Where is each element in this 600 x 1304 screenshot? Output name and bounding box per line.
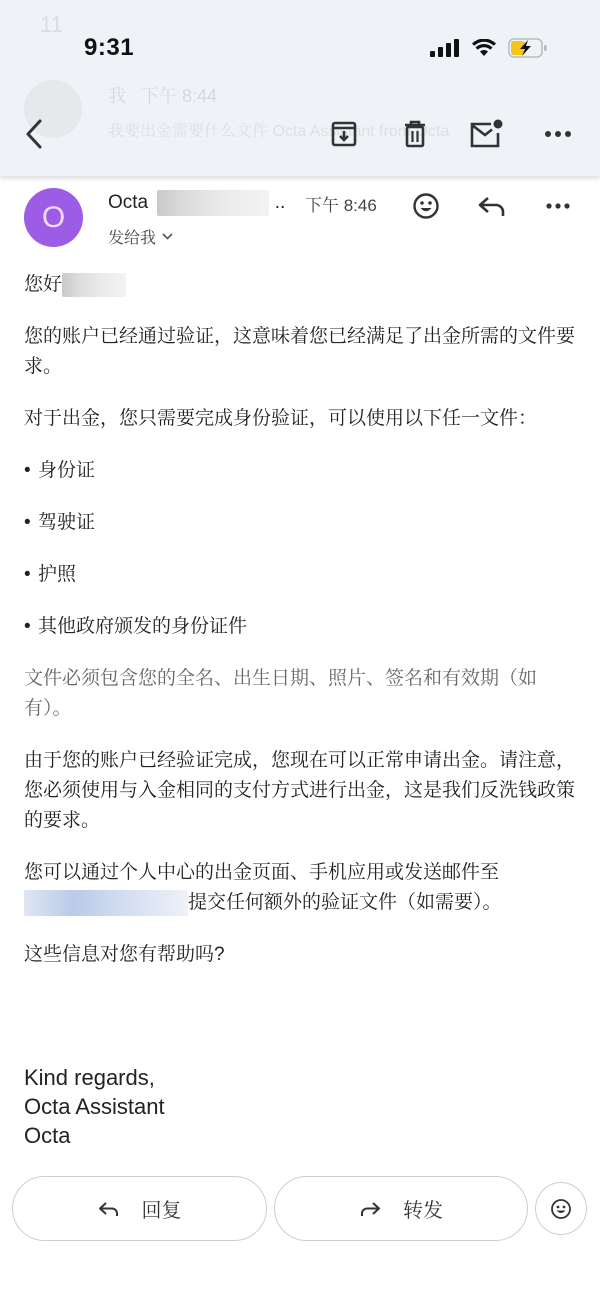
forward-icon (359, 1200, 381, 1218)
reply-button[interactable]: 回复 (12, 1176, 267, 1241)
reply-icon (477, 194, 507, 218)
wifi-icon (472, 39, 496, 62)
list-item: •护照 (24, 560, 576, 590)
document-note: 文件必须包含您的全名、出生日期、照片、签名和有效期（如有）。 (24, 664, 576, 724)
delete-button[interactable] (393, 112, 437, 156)
redacted-sender-name (157, 190, 269, 216)
bullet-dot: • (24, 508, 38, 538)
more-icon (544, 130, 572, 138)
submit-line-1: 您可以通过个人中心的出金页面、手机应用或发送邮件至 (24, 862, 499, 883)
bullet-dot: • (24, 560, 38, 590)
top-header: 11 我 下午 8:44 我要出金需要什么文件 Octa Assistant f… (0, 0, 600, 176)
mark-unread-button[interactable] (464, 112, 508, 156)
cellular-signal-icon (430, 39, 460, 62)
list-item-text: 护照 (38, 560, 76, 590)
signature-line: Kind regards, (24, 1063, 165, 1092)
signature-line: Octa (24, 1121, 165, 1150)
bullet-dot: • (24, 612, 38, 642)
redacted-email-link[interactable] (24, 890, 188, 916)
sender-name-text: Octa (108, 192, 148, 213)
greeting-text: 您好 (24, 274, 62, 295)
status-time: 9:31 (84, 34, 134, 62)
list-item-text: 其他政府颁发的身份证件 (38, 612, 247, 642)
chevron-down-icon (162, 233, 173, 240)
reply-icon-button[interactable] (472, 186, 512, 226)
archive-button[interactable] (322, 112, 366, 156)
background-thread-sender: 我 下午 8:44 (108, 82, 217, 108)
archive-icon (330, 120, 358, 148)
sender-name[interactable]: Octa .. (108, 190, 285, 216)
list-item: •驾驶证 (24, 508, 576, 538)
list-item: •其他政府颁发的身份证件 (24, 612, 576, 642)
question: 这些信息对您有帮助吗? (24, 940, 576, 970)
submit-line-2: 提交任何额外的验证文件（如需要）。 (188, 892, 502, 913)
avatar-letter: O (42, 201, 65, 235)
email-body: 您好 您的账户已经通过验证，这意味着您已经满足了出金所需的文件要求。 对于出金，… (24, 270, 576, 992)
more-options-button[interactable] (536, 112, 580, 156)
reply-label: 回复 (142, 1194, 182, 1223)
paragraph-verified: 您的账户已经通过验证，这意味着您已经满足了出金所需的文件要求。 (24, 322, 576, 382)
message-more-button[interactable] (538, 186, 578, 226)
emoji-icon (412, 192, 440, 220)
signature-line: Octa Assistant (24, 1092, 165, 1121)
signature: Kind regards, Octa Assistant Octa (24, 1063, 165, 1150)
recipient-label: 发给我 (108, 225, 156, 248)
forward-button[interactable]: 转发 (274, 1176, 528, 1241)
paragraph-documents: 对于出金，您只需要完成身份验证，可以使用以下任一文件： (24, 404, 576, 434)
background-sender-name: 我 (108, 86, 126, 106)
status-icons (430, 38, 548, 63)
emoji-reaction-button[interactable] (535, 1182, 587, 1235)
trash-icon (402, 119, 428, 149)
list-item-text: 驾驶证 (38, 508, 95, 538)
greeting: 您好 (24, 270, 576, 300)
forward-label: 转发 (403, 1194, 443, 1223)
paragraph-submit: 您可以通过个人中心的出金页面、手机应用或发送邮件至 提交任何额外的验证文件（如需… (24, 858, 576, 918)
list-item: •身份证 (24, 456, 576, 486)
bullet-dot: • (24, 456, 38, 486)
more-icon (545, 202, 571, 210)
back-icon (23, 118, 45, 150)
email-time: 下午 8:46 (305, 191, 377, 216)
sender-avatar[interactable]: O (24, 188, 83, 247)
recipient-toggle[interactable]: 发给我 (108, 225, 173, 248)
reply-icon (98, 1200, 120, 1218)
mark-unread-icon (469, 119, 503, 149)
sender-name-ellipsis: .. (275, 192, 286, 213)
emoji-icon (550, 1198, 572, 1220)
back-button[interactable] (12, 112, 56, 156)
react-emoji-button[interactable] (406, 186, 446, 226)
redacted-name (62, 273, 126, 297)
list-item-text: 身份证 (38, 456, 95, 486)
battery-charging-icon (508, 38, 548, 63)
paragraph-withdrawal: 由于您的账户已经验证完成，您现在可以正常申请出金。请注意，您必须使用与入金相同的… (24, 746, 576, 836)
background-thread-count: 11 (40, 12, 63, 38)
background-time: 下午 8:44 (141, 86, 217, 106)
